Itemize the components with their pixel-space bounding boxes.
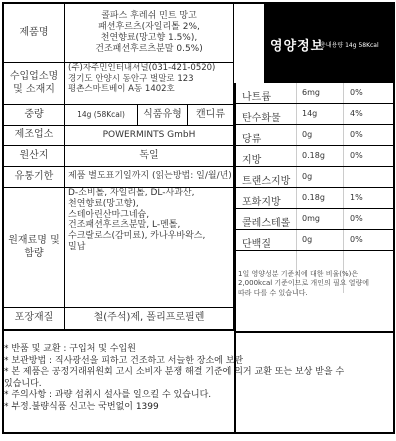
- nutrient-amount: 0g: [302, 130, 312, 139]
- nutrient-amount: 0g: [302, 235, 312, 244]
- nutrition-row: 단백질 0g 0%: [236, 230, 393, 251]
- nutrition-serving-size: 총내용량 14g 58Kcal: [320, 40, 379, 49]
- packaging-value: 철(주석)제, 폴리프로필렌: [65, 308, 234, 331]
- nutrition-header: 영양정보 총내용량 14g 58Kcal: [264, 2, 393, 83]
- expiry-value: 제품 별도표기일까지 (읽는방법: 일/월/년): [65, 167, 234, 188]
- notice-line: * 반품 및 교환 : 구입처 및 수입원: [4, 344, 393, 356]
- manufacturer-value: POWERMINTS GmbH: [65, 126, 234, 146]
- weight-value: 14g (58Kcal): [65, 105, 138, 126]
- product-name-line: 건조패션후르츠분말 0.5%): [95, 44, 202, 55]
- nutrient-amount: 14g: [302, 109, 317, 118]
- nutrition-note-line: 2,000kcal 기준이므로 개인의 필요 열량에: [238, 279, 391, 288]
- origin-value: 독일: [65, 146, 234, 167]
- ingredients-line: D-소비톨, 자일리톨, DL-사과산,: [68, 188, 194, 199]
- nutrition-row: 트랜스지방 0g: [236, 167, 393, 188]
- product-name-label: 제품명: [4, 4, 65, 63]
- nutrition-row: 당류 0g 0%: [236, 125, 393, 146]
- nutrient-percent: 0%: [350, 130, 363, 139]
- ingredients-line: 건조패션후르츠분말, L-멘톨,: [68, 220, 180, 231]
- nutrient-name: 지방: [242, 151, 261, 166]
- nutrient-amount: 0mg: [302, 214, 320, 223]
- product-name-line: 천연향료(망고향 1.5%),: [101, 33, 197, 44]
- nutrient-name: 콜레스테롤: [242, 214, 290, 229]
- ingredients-line: 스테아린산마그네슘,: [68, 210, 149, 221]
- ingredients-line: 천연향료(망고향),: [68, 199, 139, 210]
- manufacturer-label: 제조업소: [4, 126, 65, 146]
- nutrient-percent: 1%: [350, 193, 363, 202]
- nutrient-percent: 0%: [350, 151, 363, 160]
- nutrient-name: 트랜스지방: [242, 172, 290, 187]
- nutrient-name: 포화지방: [242, 193, 281, 208]
- weight-label: 중량: [4, 105, 65, 126]
- importer-label: 수입업소명 및 소재지: [4, 63, 65, 105]
- ingredients-label-line: 함량: [24, 248, 43, 261]
- nutrition-title: 영양정보: [270, 35, 324, 54]
- nutrition-row: 지방 0.18g 0%: [236, 146, 393, 167]
- ingredients-value: D-소비톨, 자일리톨, DL-사과산, 천연향료(망고향), 스테아린산마그네…: [65, 188, 234, 308]
- nutrition-row: 포화지방 0.18g 1%: [236, 188, 393, 209]
- nutrition-note: 1일 영양성분 기준치에 대한 비율(%)은 2,000kcal 기준이므로 개…: [238, 270, 391, 298]
- importer-line: 경기도 안양시 동안구 벌말로 123: [68, 74, 194, 85]
- nutrition-bottom-border: [234, 331, 395, 333]
- ingredients-label-line: 원재료명 및: [8, 235, 59, 248]
- ingredients-line: 수크랄로스(감미료), 카나우바왁스,: [68, 231, 205, 242]
- expiry-label: 유통기한: [4, 167, 65, 188]
- nutrient-amount: 0.18g: [302, 151, 325, 160]
- nutrient-name: 나트륨: [242, 88, 271, 103]
- notice-line: * 부정.불량식품 신고는 국번없이 1399: [4, 402, 393, 414]
- importer-label-line: 및 소재지: [13, 84, 55, 97]
- notice-line: * 보관방법 : 직사광선을 피하고 건조하고 서늘한 장소에 보관: [4, 356, 393, 368]
- product-name-line: 패션후르츠(자일리톨 2%,: [98, 22, 200, 33]
- food-type-label: 식품유형: [138, 105, 188, 126]
- food-type-value: 캔디류: [188, 105, 234, 126]
- nutrient-name: 탄수화물: [242, 109, 281, 124]
- importer-line: 평촌스마트베이 A동 1402호: [68, 84, 175, 95]
- notices: * 반품 및 교환 : 구입처 및 수입원 * 보관방법 : 직사광선을 피하고…: [2, 344, 393, 413]
- nutrient-percent: 0%: [350, 88, 363, 97]
- importer-value: (주)자주민인터내셔널(031-421-0520) 경기도 안양시 동안구 벌말…: [65, 63, 234, 105]
- nutrient-percent: 4%: [350, 109, 363, 118]
- ingredients-label: 원재료명 및 함량: [4, 188, 65, 308]
- nutrition-row: 콜레스테롤 0mg 0%: [236, 209, 393, 230]
- nutrient-amount: 6mg: [302, 88, 320, 97]
- notice-line: * 주의사항 : 과량 섭취시 설사를 일으킬 수 있습니다.: [4, 390, 393, 402]
- nutrient-percent: 0%: [350, 235, 363, 244]
- ingredients-line: 밀납: [68, 242, 85, 253]
- nutrient-amount: 0.18g: [302, 193, 325, 202]
- notice-line: * 본 제품은 공정거래위원회 고시 소비자 분쟁 해결 기준에 의거 교환 또…: [4, 367, 393, 379]
- product-name-value: 콜파스 후레쉬 민트 망고 패션후르츠(자일리톨 2%, 천연향료(망고향 1.…: [65, 4, 234, 63]
- importer-line: (주)자주민인터내셔널(031-421-0520): [68, 63, 215, 74]
- nutrition-row: 나트륨 6mg 0%: [236, 83, 393, 104]
- importer-label-line: 수입업소명: [10, 71, 58, 84]
- nutrient-percent: 0%: [350, 214, 363, 223]
- nutrition-note-line: 따라 다를 수 있습니다.: [238, 289, 391, 298]
- nutrition-row: 탄수화물 14g 4%: [236, 104, 393, 125]
- product-label-sheet: 제품명 콜파스 후레쉬 민트 망고 패션후르츠(자일리톨 2%, 천연향료(망고…: [0, 0, 396, 441]
- origin-label: 원산지: [4, 146, 65, 167]
- nutrient-name: 단백질: [242, 235, 271, 250]
- nutrient-name: 당류: [242, 130, 261, 145]
- product-name-line: 콜파스 후레쉬 민트 망고: [101, 11, 197, 22]
- nutrient-amount: 0g: [302, 172, 312, 181]
- notice-line: 있습니다.: [4, 379, 393, 391]
- packaging-label: 포장재질: [4, 308, 65, 331]
